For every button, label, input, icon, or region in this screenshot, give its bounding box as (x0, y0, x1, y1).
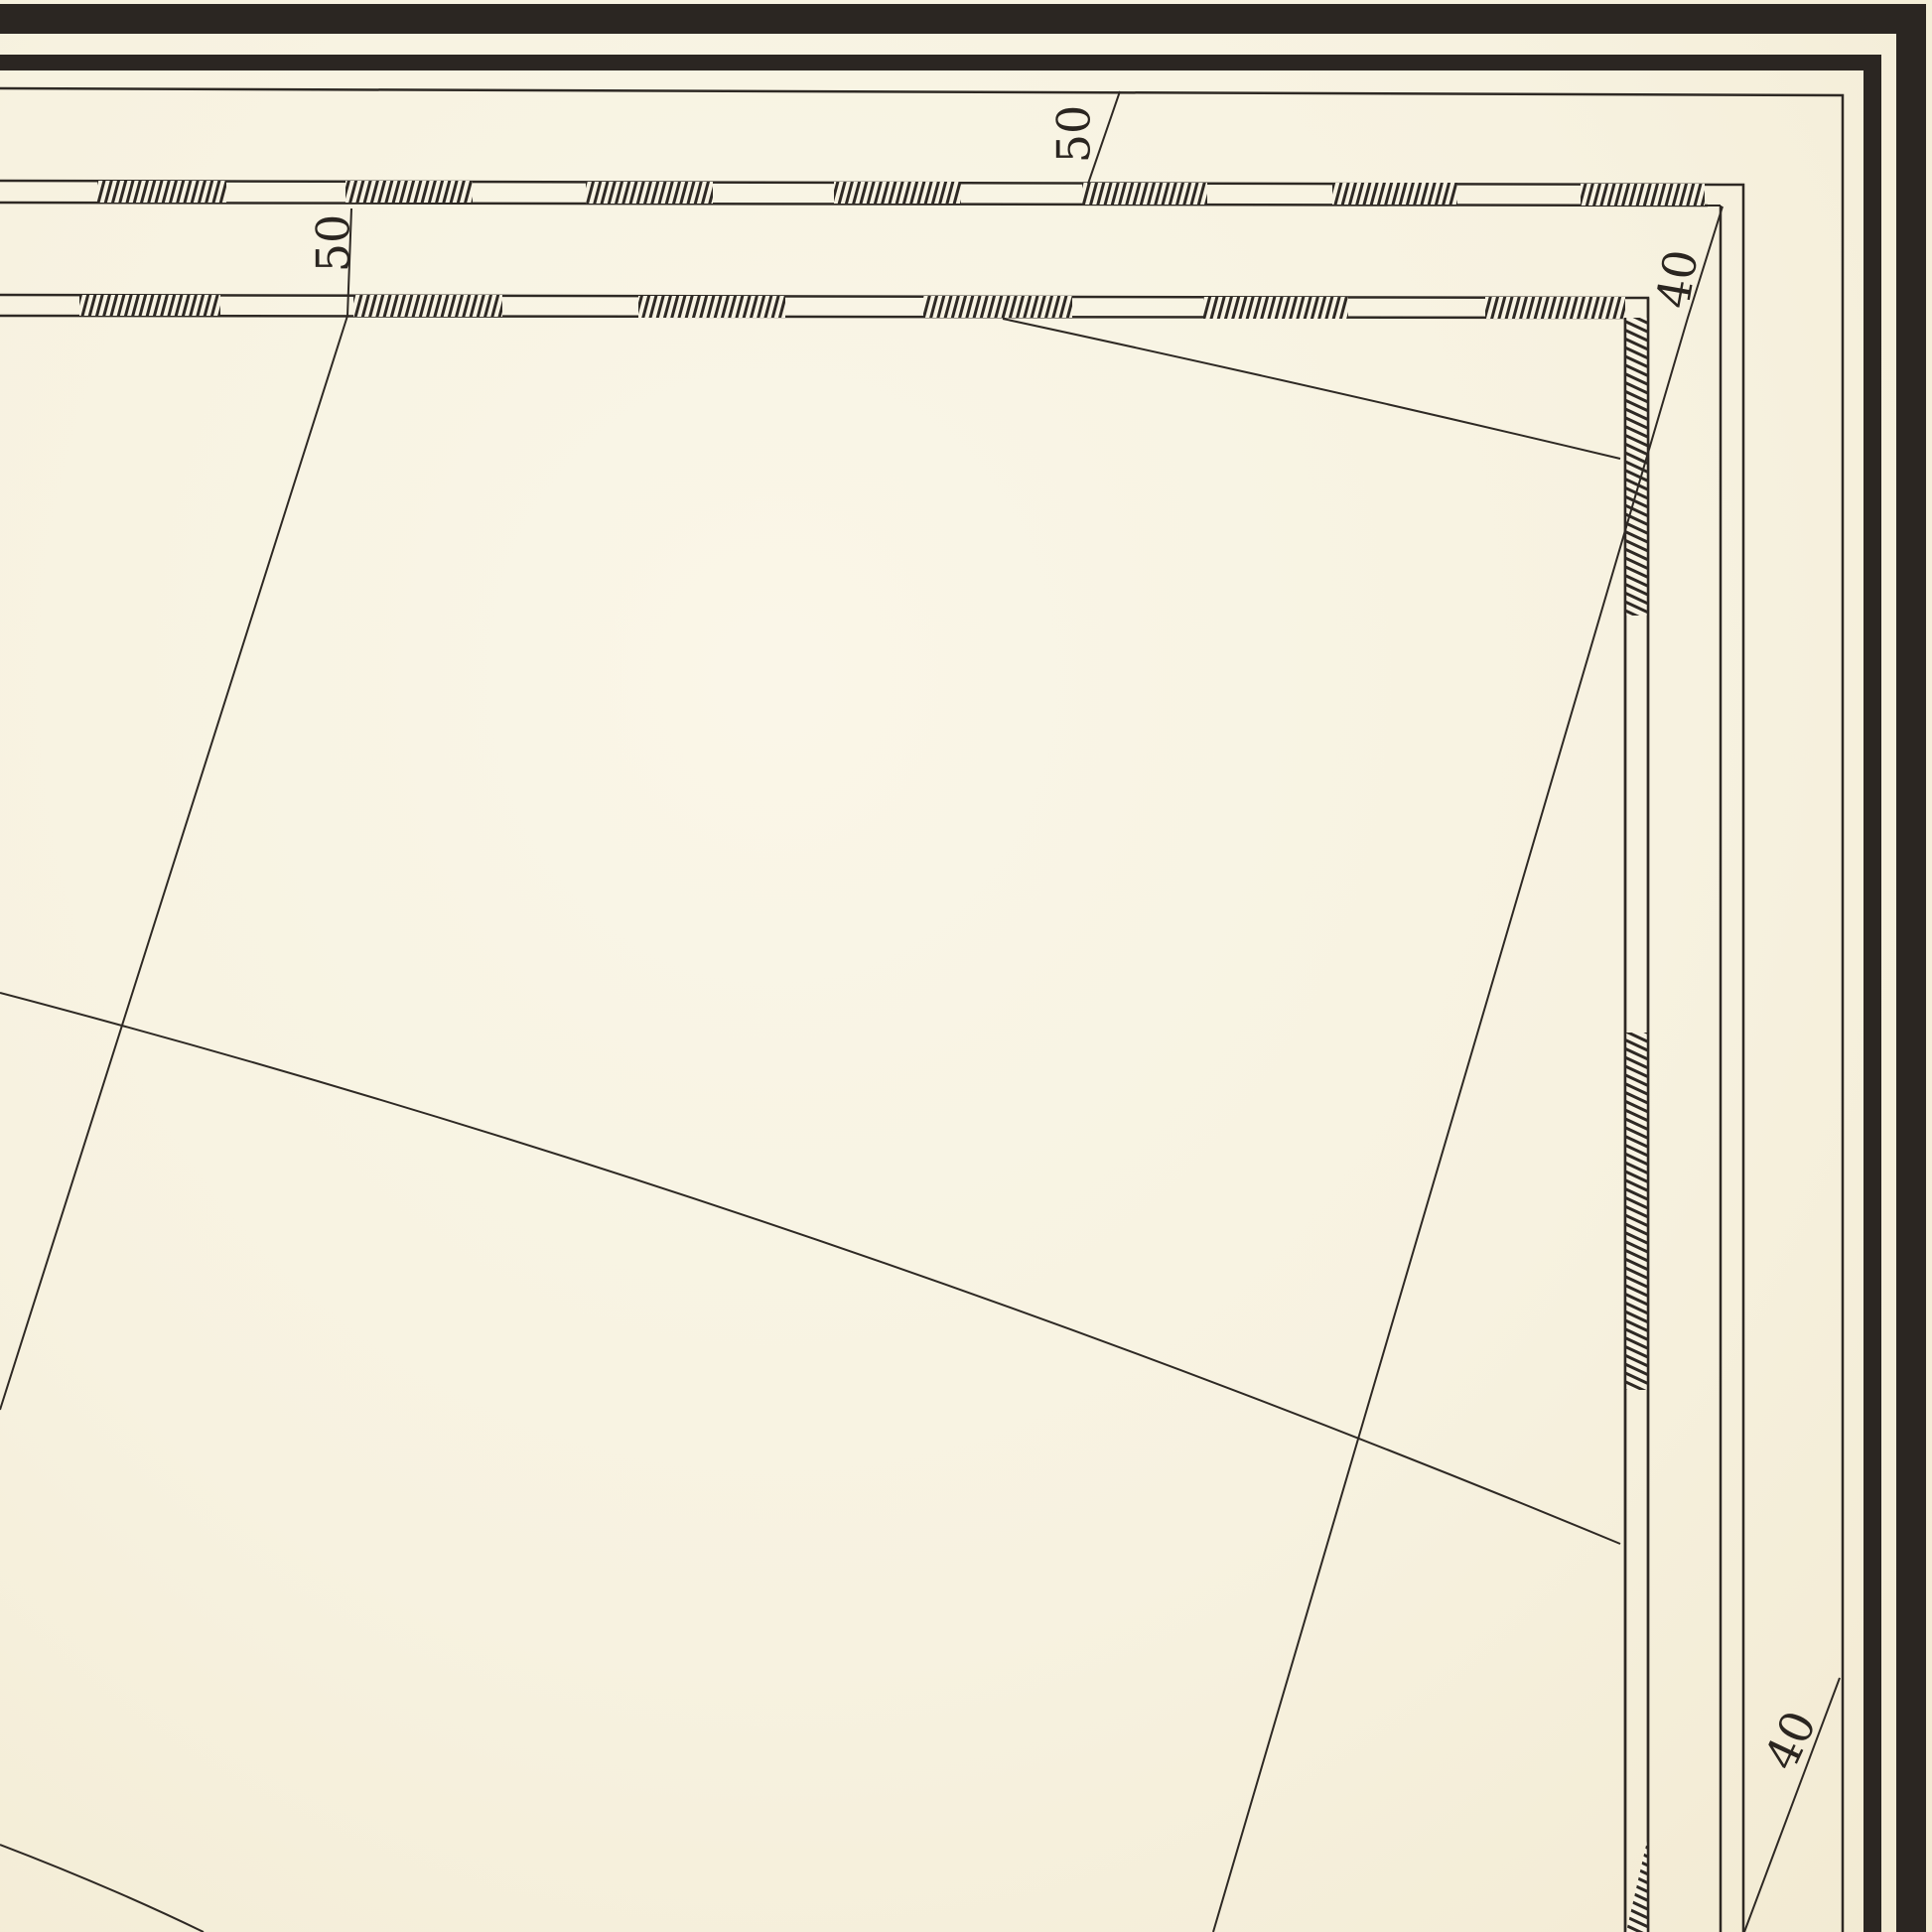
second-heavy-border (0, 55, 1881, 1932)
longitude-label-50-inner: 50 (310, 214, 355, 273)
latitude-label-40-upper: 40 (1650, 246, 1705, 312)
inner-degree-scale-band (0, 295, 1648, 1932)
longitude-label-50-outer: 50 (1050, 105, 1096, 164)
outer-heavy-border (0, 4, 1926, 1932)
map-frame-and-graticule (0, 0, 1932, 1932)
map-sheet: 50 50 40 40 (0, 0, 1932, 1932)
graticule-lines (0, 91, 1840, 1932)
outer-degree-scale-band (0, 181, 1743, 1932)
thin-frame-line (0, 88, 1843, 1932)
